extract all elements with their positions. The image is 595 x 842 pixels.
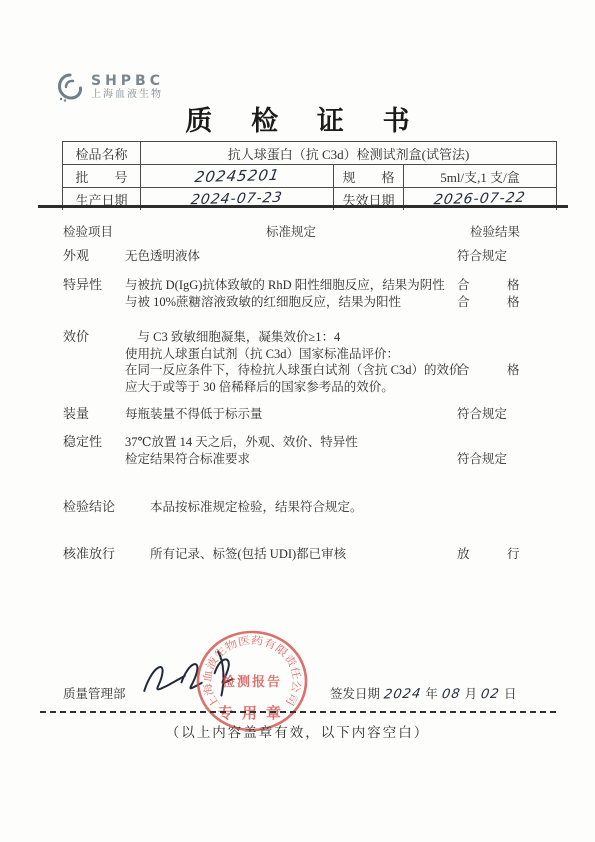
standard-text: 应大于或等于 30 倍稀释后的国家参考品的效价。 [125, 379, 457, 396]
standard-text: 37℃放置 14 天之后，外观、效价、特异性 [125, 434, 457, 451]
inspection-item-appearance: 外观 无色透明液体符合规定 [63, 248, 583, 265]
result-text: 符合规定 [457, 451, 507, 468]
column-header-item: 检验项目 [63, 222, 113, 240]
standard-text: 使用抗人球蛋白试剂（抗 C3d）国家标准品评价： [125, 346, 457, 363]
table-row: 批 号 20245201 规 格 5ml/支,1 支/盒 [63, 164, 556, 187]
page-title: 质 检 证 书 [0, 99, 595, 138]
item-name: 稳定性 [63, 434, 125, 467]
item-name: 外观 [63, 248, 125, 265]
quality-dept-label: 质量管理部 [63, 684, 126, 702]
product-name-value: 抗人球蛋白（抗 C3d）检测试剂盒(试管法) [141, 142, 556, 164]
inspection-item-stability: 稳定性 37℃放置 14 天之后，外观、效价、特异性 检定结果符合标准要求符合规… [63, 434, 583, 467]
issue-year-handwritten: 2024 [383, 687, 423, 703]
standard-text: 与 C3 致敏细胞凝集，凝集效价≥1：4 [125, 329, 457, 346]
item-name: 检验结论 [63, 499, 125, 516]
result-text: 符合规定 [457, 406, 507, 423]
table-row: 检品名称 抗人球蛋白（抗 C3d）检测试剂盒(试管法) [63, 142, 556, 164]
item-name: 核准放行 [63, 546, 125, 563]
standard-text: 无色透明液体 [125, 248, 457, 265]
item-name: 效价 [63, 329, 125, 395]
product-info-table: 检品名称 抗人球蛋白（抗 C3d）检测试剂盒(试管法) 批 号 20245201… [62, 141, 557, 210]
qc-certificate-page: SHPBC 上海血液生物 质 检 证 书 检品名称 抗人球蛋白（抗 C3d）检测… [0, 0, 595, 842]
batch-label: 批 号 [63, 165, 141, 187]
company-logo: SHPBC 上海血液生物 [56, 72, 164, 102]
spec-label: 规 格 [334, 165, 404, 187]
spec-value: 5ml/支,1 支/盒 [404, 165, 556, 187]
dashed-separator [40, 711, 556, 713]
day-unit: 日 [504, 687, 517, 701]
standard-text: 在同一反应条件下，待检抗人球蛋白试剂（含抗 C3d）的效价 [125, 362, 457, 379]
issue-date-line: 签发日期 2024 年 08 月 02 日 [330, 684, 517, 702]
batch-value-handwritten: 20245201 [193, 166, 280, 186]
column-header-result: 检验结果 [470, 222, 520, 240]
inspection-conclusion: 检验结论 本品按标准规定检验，结果符合规定。 [63, 499, 583, 516]
item-name: 装量 [63, 406, 125, 423]
section-divider-rule [38, 205, 568, 208]
logo-abbr: SHPBC [91, 73, 164, 89]
item-name: 特异性 [63, 277, 125, 310]
column-header-standard: 标准规定 [125, 222, 457, 240]
standard-text: 本品按标准规定检验，结果符合规定。 [125, 499, 457, 516]
result-text: 合 格 [457, 277, 520, 294]
product-name-label: 检品名称 [63, 142, 141, 164]
result-text: 符合规定 [457, 248, 507, 265]
standard-text: 每瓶装量不得低于标示量 [125, 406, 457, 423]
seal-line2: 专用章 [218, 704, 290, 722]
issue-day-handwritten: 02 [480, 687, 501, 702]
month-unit: 月 [465, 687, 478, 701]
issue-month-handwritten: 08 [441, 687, 462, 702]
issue-date-label: 签发日期 [330, 687, 380, 701]
year-unit: 年 [425, 687, 438, 701]
inspection-item-specificity: 特异性 与被抗 D(IgG)抗体致敏的 RhD 阳性细胞反应，结果为阴性合 格 … [63, 277, 583, 310]
standard-text: 检定结果符合标准要求 [125, 451, 457, 468]
result-text: 合 格 [457, 294, 520, 311]
standard-text: 与被 10%蔗糖溶液致敏的红细胞反应，结果为阳性 [125, 294, 457, 311]
result-text: 放 行 [457, 546, 520, 563]
logo-swirl-icon [56, 72, 84, 102]
footer-note: （以上内容盖章有效，以下内容空白） [0, 721, 595, 741]
standard-text: 与被抗 D(IgG)抗体致敏的 RhD 阳性细胞反应，结果为阴性 [125, 277, 457, 294]
standard-text: 所有记录、标签(包括 UDI)都已审核 [125, 546, 457, 563]
inspection-item-fill-volume: 装量 每瓶装量不得低于标示量符合规定 [63, 406, 583, 423]
inspection-item-potency: 效价 与 C3 致敏细胞凝集，凝集效价≥1：4 使用抗人球蛋白试剂（抗 C3d）… [63, 329, 583, 395]
approval-release: 核准放行 所有记录、标签(包括 UDI)都已审核放 行 [63, 546, 583, 563]
seal-line1: 检测报告 [222, 674, 282, 689]
result-text: 合 格 [457, 362, 520, 379]
